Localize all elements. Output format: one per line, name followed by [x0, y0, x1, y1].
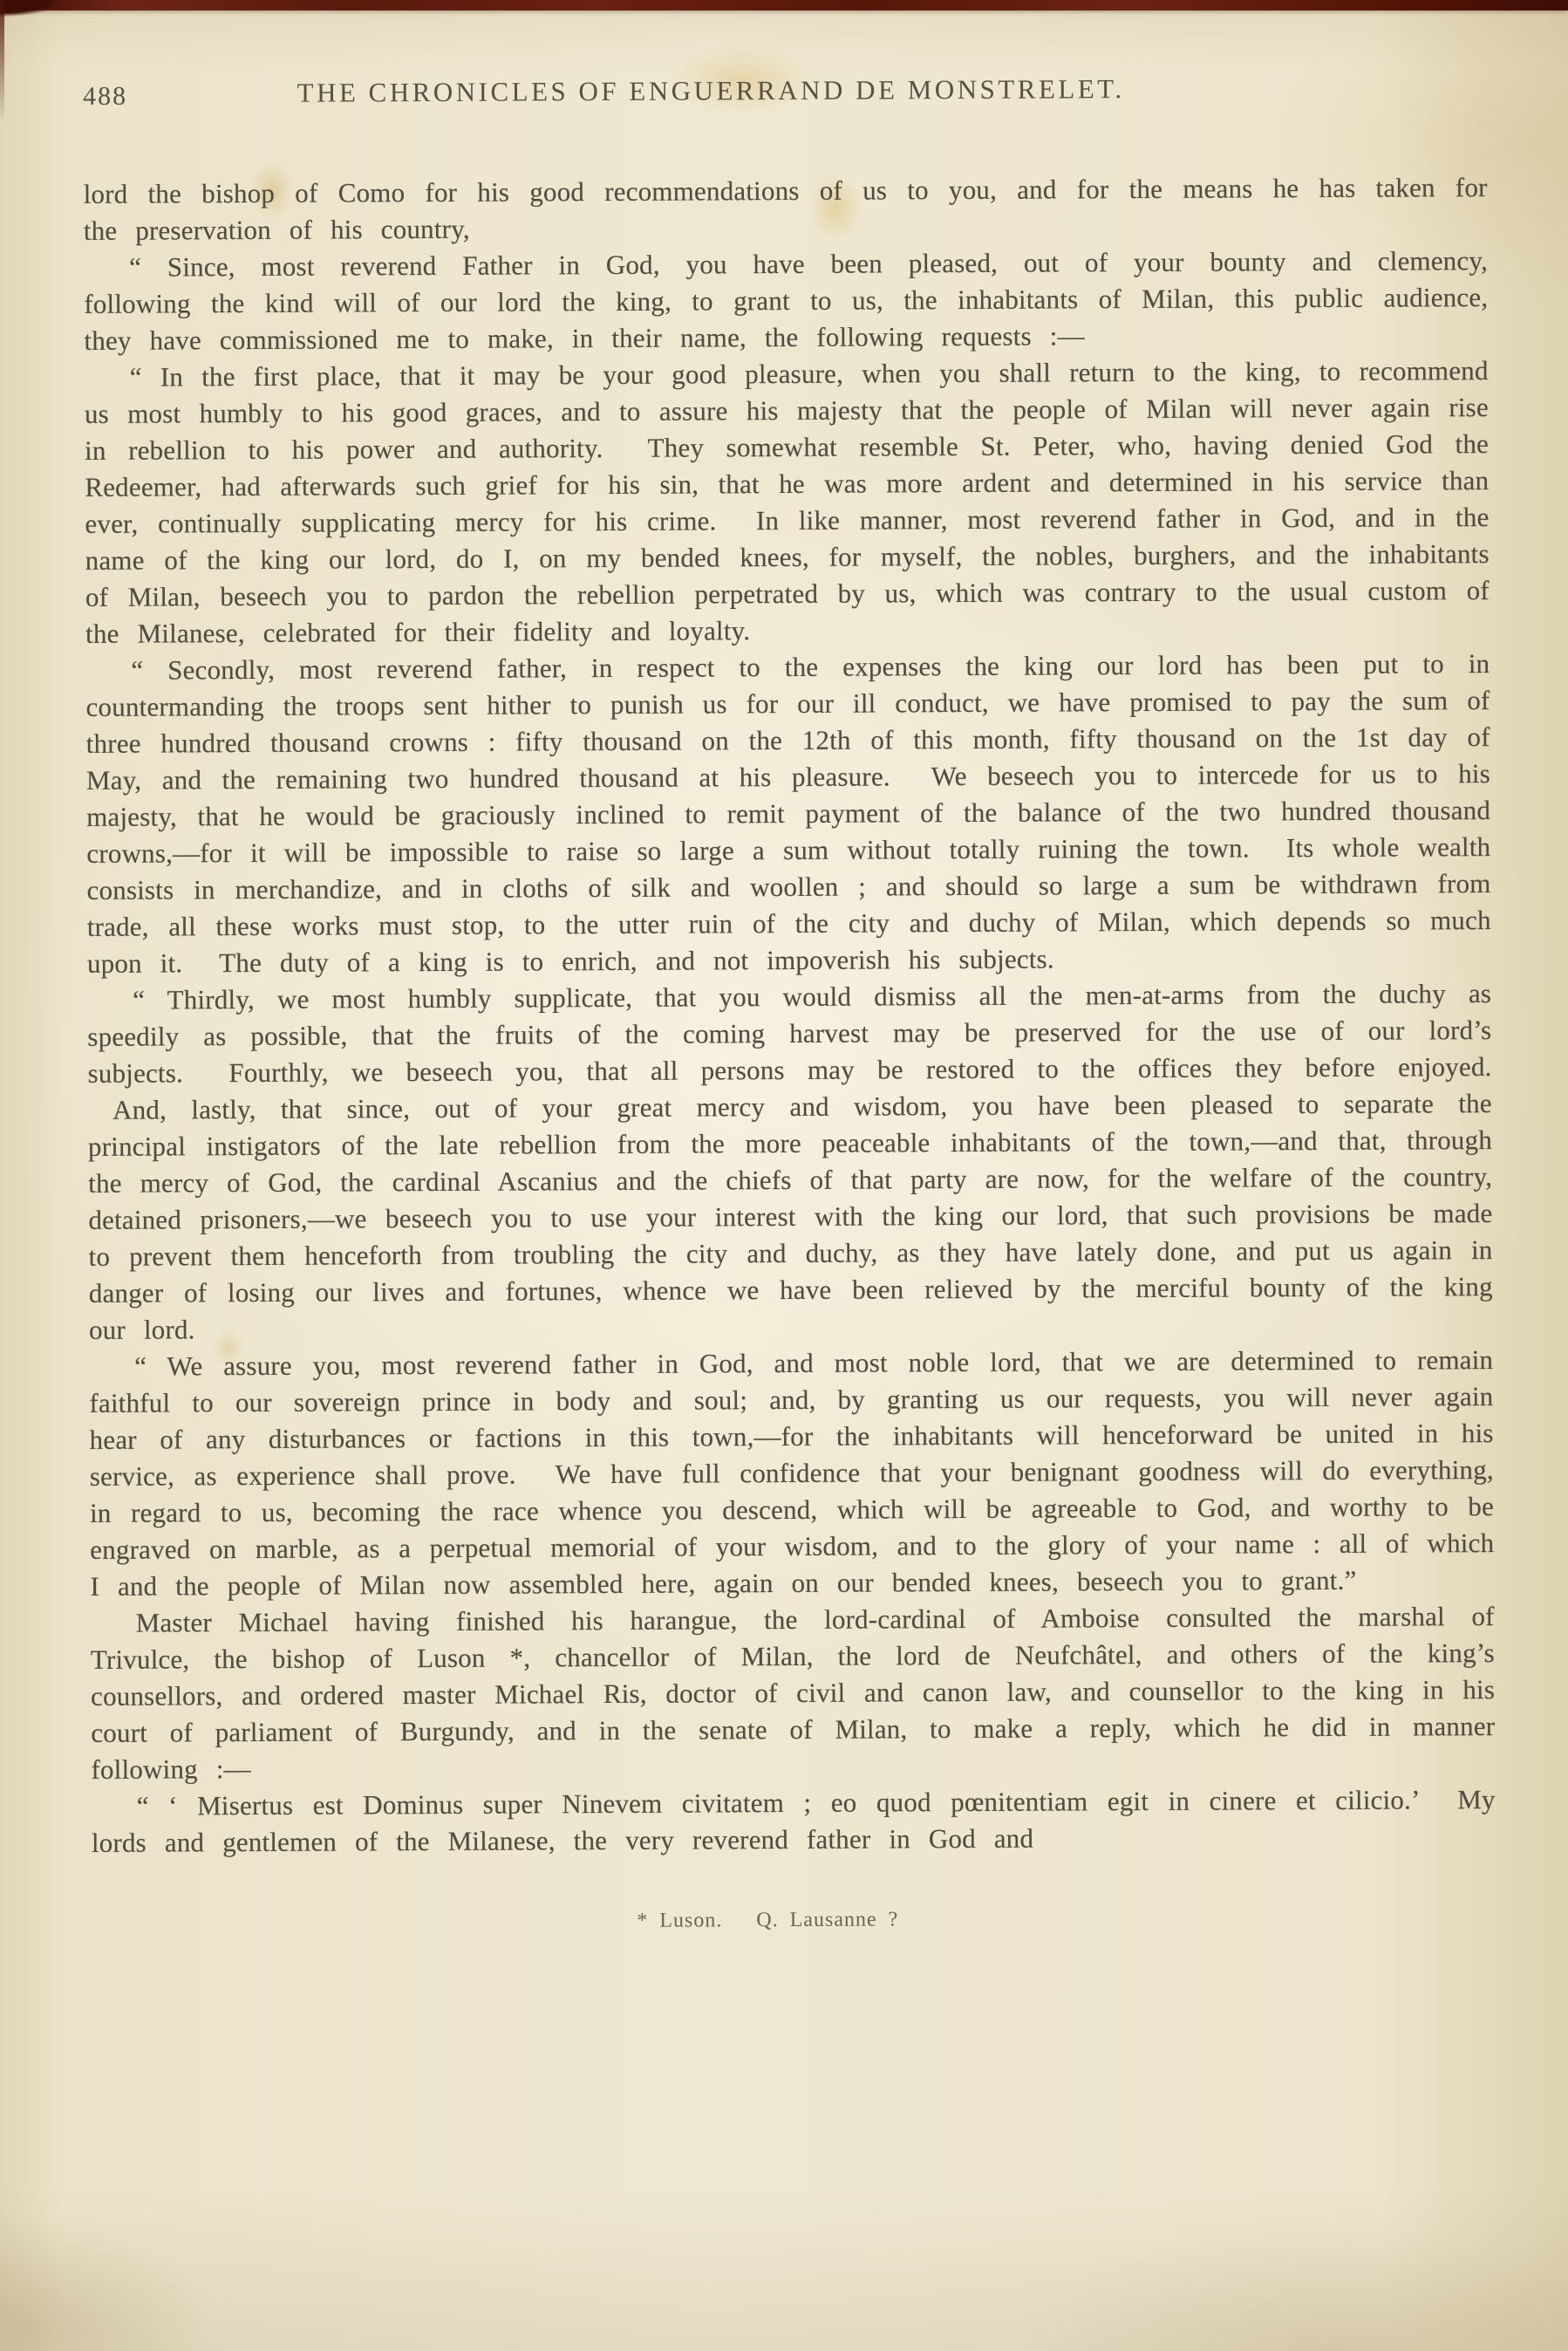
paragraph-5: “ Thirdly, we most humbly supplicate, th… — [87, 975, 1493, 1349]
footnote: * Luson. Q. Lausanne ? — [92, 1905, 1496, 1936]
paragraph-8: “ ‘ Misertus est Dominus super Ninevem c… — [92, 1781, 1496, 1862]
book-top-edge-corner — [0, 0, 61, 17]
body-text: lord the bishop of Como for his good rec… — [84, 169, 1496, 1862]
paragraph-4: “ Secondly, most reverend father, in res… — [85, 646, 1491, 982]
page-header: 488 THE CHRONICLES OF ENGUERRAND DE MONS… — [83, 72, 1487, 115]
paragraph-7: Master Michael having finished his haran… — [91, 1598, 1496, 1788]
book-top-edge — [0, 0, 1568, 10]
paragraph-3: “ In the first place, that it may be you… — [85, 352, 1490, 653]
paragraph-2: “ Since, most reverend Father in God, yo… — [84, 243, 1489, 359]
scanned-page: 488 THE CHRONICLES OF ENGUERRAND DE MONS… — [0, 0, 1568, 2351]
page-number: 488 — [83, 82, 127, 112]
book-left-edge — [0, 0, 4, 122]
page-title: THE CHRONICLES OF ENGUERRAND DE MONSTREL… — [83, 72, 1487, 110]
paragraph-1: lord the bishop of Como for his good rec… — [84, 169, 1488, 249]
paragraph-6: “ We assure you, most reverend father in… — [89, 1342, 1494, 1605]
page-content: 488 THE CHRONICLES OF ENGUERRAND DE MONS… — [83, 72, 1496, 1936]
